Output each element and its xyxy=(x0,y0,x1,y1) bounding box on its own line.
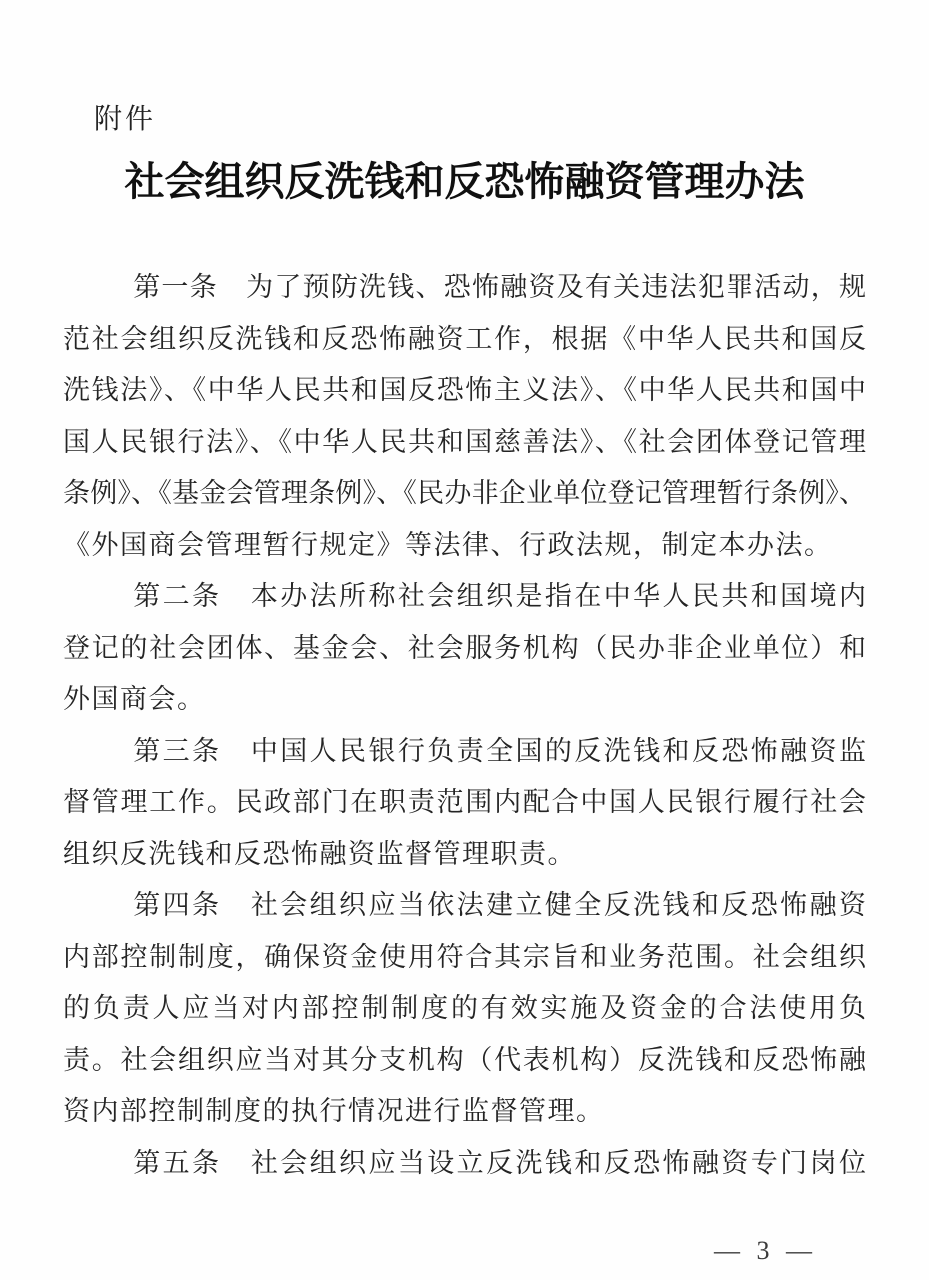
document-line: 洗钱法》、《中华人民共和国反恐怖主义法》、《中华人民共和国中 xyxy=(63,365,866,417)
document-line: 第五条 社会组织应当设立反洗钱和反恐怖融资专门岗位 xyxy=(63,1138,866,1190)
document-line: 督管理工作。民政部门在职责范围内配合中国人民银行履行社会 xyxy=(63,777,866,829)
document-line: 外国商会。 xyxy=(63,674,866,726)
document-line: 登记的社会团体、基金会、社会服务机构（民办非企业单位）和 xyxy=(63,623,866,675)
document-line: 《外国商会管理暂行规定》等法律、行政法规，制定本办法。 xyxy=(63,520,866,572)
document-body: 第一条 为了预防洗钱、恐怖融资及有关违法犯罪活动，规范社会组织反洗钱和反恐怖融资… xyxy=(63,262,866,1189)
document-line: 资内部控制制度的执行情况进行监督管理。 xyxy=(63,1086,866,1138)
document-line: 国人民银行法》、《中华人民共和国慈善法》、《社会团体登记管理 xyxy=(63,417,866,469)
document-line: 第三条 中国人民银行负责全国的反洗钱和反恐怖融资监 xyxy=(63,726,866,778)
document-title: 社会组织反洗钱和反恐怖融资管理办法 xyxy=(0,150,929,207)
document-line: 第一条 为了预防洗钱、恐怖融资及有关违法犯罪活动，规 xyxy=(63,262,866,314)
document-line: 责。社会组织应当对其分支机构（代表机构）反洗钱和反恐怖融 xyxy=(63,1035,866,1087)
document-line: 范社会组织反洗钱和反恐怖融资工作，根据《中华人民共和国反 xyxy=(63,314,866,366)
document-line: 组织反洗钱和反恐怖融资监督管理职责。 xyxy=(63,829,866,881)
page-number: — 3 — xyxy=(714,1236,817,1266)
document-page: 附件 社会组织反洗钱和反恐怖融资管理办法 第一条 为了预防洗钱、恐怖融资及有关违… xyxy=(0,0,929,1280)
document-line: 内部控制制度，确保资金使用符合其宗旨和业务范围。社会组织 xyxy=(63,932,866,984)
document-line: 第四条 社会组织应当依法建立健全反洗钱和反恐怖融资 xyxy=(63,880,866,932)
attachment-label: 附件 xyxy=(94,97,156,137)
document-line: 条例》、《基金会管理条例》、《民办非企业单位登记管理暂行条例》、 xyxy=(63,468,866,520)
document-line: 的负责人应当对内部控制制度的有效实施及资金的合法使用负 xyxy=(63,983,866,1035)
document-line: 第二条 本办法所称社会组织是指在中华人民共和国境内 xyxy=(63,571,866,623)
